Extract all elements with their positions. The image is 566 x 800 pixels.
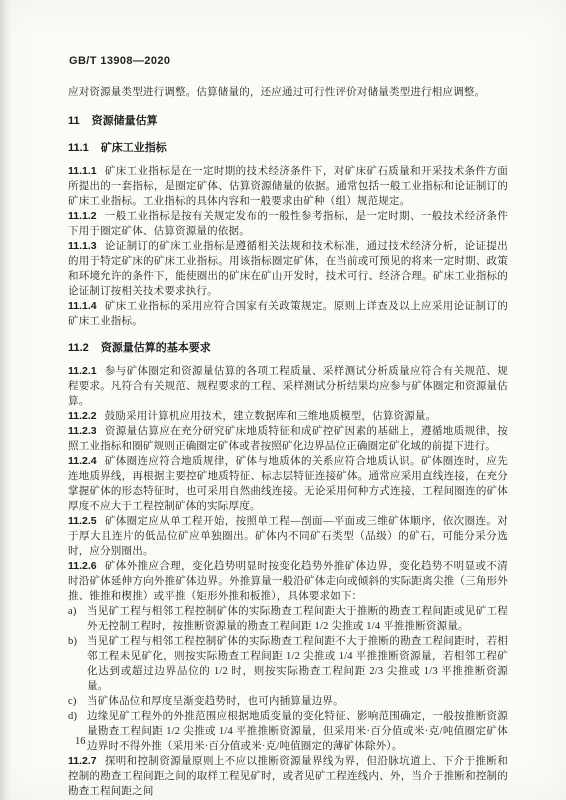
list-item-text: 当见矿工程与相邻工程控制矿体的实际勘查工程间距不大于推断的勘查工程间距时，若相邻… — [87, 634, 508, 694]
section-number: 11.1 — [68, 142, 89, 154]
section-number: 11.2 — [68, 342, 89, 354]
section-heading: 11资源储量估算 — [68, 114, 508, 129]
clause-text: 矿体外推应合理，变化趋势明显时按变化趋势外推矿体边界，变化趋势不明显或不清时沿矿… — [68, 561, 508, 602]
clause-number: 11.2.6 — [68, 560, 97, 572]
document-body: 应对资源量类型进行调整。估算储量的，还应通过可行性评价对储量类型进行相应调整。1… — [68, 85, 508, 799]
clause-paragraph: 11.2.5矿体圈定应从单工程开始，按照单工程—剖面—平面或三维矿体顺序，依次圈… — [68, 514, 508, 559]
clause-number: 11.1.4 — [68, 300, 97, 312]
clause-text: 矿体圈定应从单工程开始，按照单工程—剖面—平面或三维矿体顺序，依次圈连。对于厚大… — [68, 516, 508, 557]
clause-paragraph: 11.1.1矿床工业指标是在一定时期的技术经济条件下，对矿床矿石质量和开采技术条… — [68, 164, 508, 209]
clause-paragraph: 11.2.3资源量估算应在充分研究矿床地质特征和成矿控矿因素的基础上，遵循地质规… — [68, 424, 508, 454]
list-item: a)当见矿工程与相邻工程控制矿体的实际勘查工程间距大于推断的勘查工程间距或见矿工… — [68, 604, 508, 634]
section-heading: 11.1矿床工业指标 — [68, 141, 508, 156]
clause-number: 11.1.3 — [68, 240, 97, 252]
standard-number-header: GB/T 13908—2020 — [69, 55, 170, 67]
clause-number: 11.2.4 — [68, 455, 97, 467]
document-page: GB/T 13908—2020 应对资源量类型进行调整。估算储量的，还应通过可行… — [0, 0, 566, 800]
clause-paragraph: 11.2.2鼓励采用计算机应用技术，建立数据库和三维地质模型，估算资源量。 — [68, 409, 508, 424]
list-item-label: d) — [68, 709, 87, 754]
clause-paragraph: 11.2.7探明和控制资源量原则上不应以推断资源量界线为界，但沿脉坑道上、下介于… — [68, 754, 508, 799]
clause-number: 11.2.2 — [68, 410, 97, 422]
section-title: 资源储量估算 — [92, 115, 158, 127]
list-item-text: 当见矿工程与相邻工程控制矿体的实际勘查工程间距大于推断的勘查工程间距或见矿工程外… — [87, 604, 508, 634]
clause-number: 11.1.2 — [68, 210, 97, 222]
section-title: 资源量估算的基本要求 — [101, 342, 211, 354]
page-number: 16 — [75, 736, 86, 747]
clause-paragraph: 11.2.1参与矿体圈定和资源量估算的各项工程质量、采样测试分析质量应符合有关规… — [68, 364, 508, 409]
clause-text: 探明和控制资源量原则上不应以推断资源量界线为界，但沿脉坑道上、下介于推断和控制的… — [68, 756, 508, 797]
clause-paragraph: 11.1.4矿床工业指标的采用应符合国家有关政策规定。原则上详查及以上应采用论证… — [68, 299, 508, 329]
list-item: b)当见矿工程与相邻工程控制矿体的实际勘查工程间距不大于推断的勘查工程间距时，若… — [68, 634, 508, 694]
list-item-label: a) — [68, 604, 87, 634]
section-number: 11 — [68, 115, 80, 127]
clause-text: 矿床工业指标的采用应符合国家有关政策规定。原则上详查及以上应采用论证制订的矿床工… — [68, 301, 508, 327]
clause-text: 矿体圈连应符合地质规律，矿体与地质体的关系应符合地质认识。矿体圈连时，应先连地质… — [68, 456, 508, 512]
list-item: c)当矿体品位和厚度呈渐变趋势时，也可内插算量边界。 — [68, 694, 508, 709]
scan-edge-shadow — [0, 0, 11, 800]
continuation-paragraph: 应对资源量类型进行调整。估算储量的，还应通过可行性评价对储量类型进行相应调整。 — [68, 85, 508, 100]
clause-text: 资源量估算应在充分研究矿床地质特征和成矿控矿因素的基础上，遵循地质规律，按照工业… — [68, 426, 508, 452]
clause-number: 11.2.3 — [68, 425, 97, 437]
clause-text: 论证制订的矿床工业指标是遵循相关法规和技术标准，通过技术经济分析，论证提出的用于… — [68, 241, 508, 297]
clause-text: 一般工业指标是按有关规定发布的一般性参考指标，是一定时期、一般技术经济条件下用于… — [68, 211, 508, 237]
section-title: 矿床工业指标 — [101, 142, 167, 154]
clause-number: 11.2.7 — [68, 755, 97, 767]
clause-paragraph: 11.1.2一般工业指标是按有关规定发布的一般性参考指标，是一定时期、一般技术经… — [68, 209, 508, 239]
clause-paragraph: 11.2.6矿体外推应合理，变化趋势明显时按变化趋势外推矿体边界，变化趋势不明显… — [68, 559, 508, 604]
list-item: d)边缘见矿工程外的外推范围应根据地质变量的变化特征、影响范围确定，一般按推断资… — [68, 709, 508, 754]
clause-number: 11.1.1 — [68, 165, 97, 177]
clause-text: 鼓励采用计算机应用技术，建立数据库和三维地质模型，估算资源量。 — [105, 411, 437, 422]
clause-paragraph: 11.1.3论证制订的矿床工业指标是遵循相关法规和技术标准，通过技术经济分析，论… — [68, 239, 508, 299]
section-heading: 11.2资源量估算的基本要求 — [68, 341, 508, 356]
list-item-label: c) — [68, 694, 87, 709]
clause-text: 参与矿体圈定和资源量估算的各项工程质量、采样测试分析质量应符合有关规范、规程要求… — [68, 366, 508, 407]
list-item-label: b) — [68, 634, 87, 694]
clause-text: 矿床工业指标是在一定时期的技术经济条件下，对矿床矿石质量和开采技术条件方面所提出… — [68, 166, 508, 207]
list-item-text: 当矿体品位和厚度呈渐变趋势时，也可内插算量边界。 — [87, 694, 508, 709]
clause-paragraph: 11.2.4矿体圈连应符合地质规律，矿体与地质体的关系应符合地质认识。矿体圈连时… — [68, 454, 508, 514]
clause-number: 11.2.1 — [68, 365, 97, 377]
clause-number: 11.2.5 — [68, 515, 97, 527]
list-item-text: 边缘见矿工程外的外推范围应根据地质变量的变化特征、影响范围确定，一般按推断资源量… — [87, 709, 508, 754]
